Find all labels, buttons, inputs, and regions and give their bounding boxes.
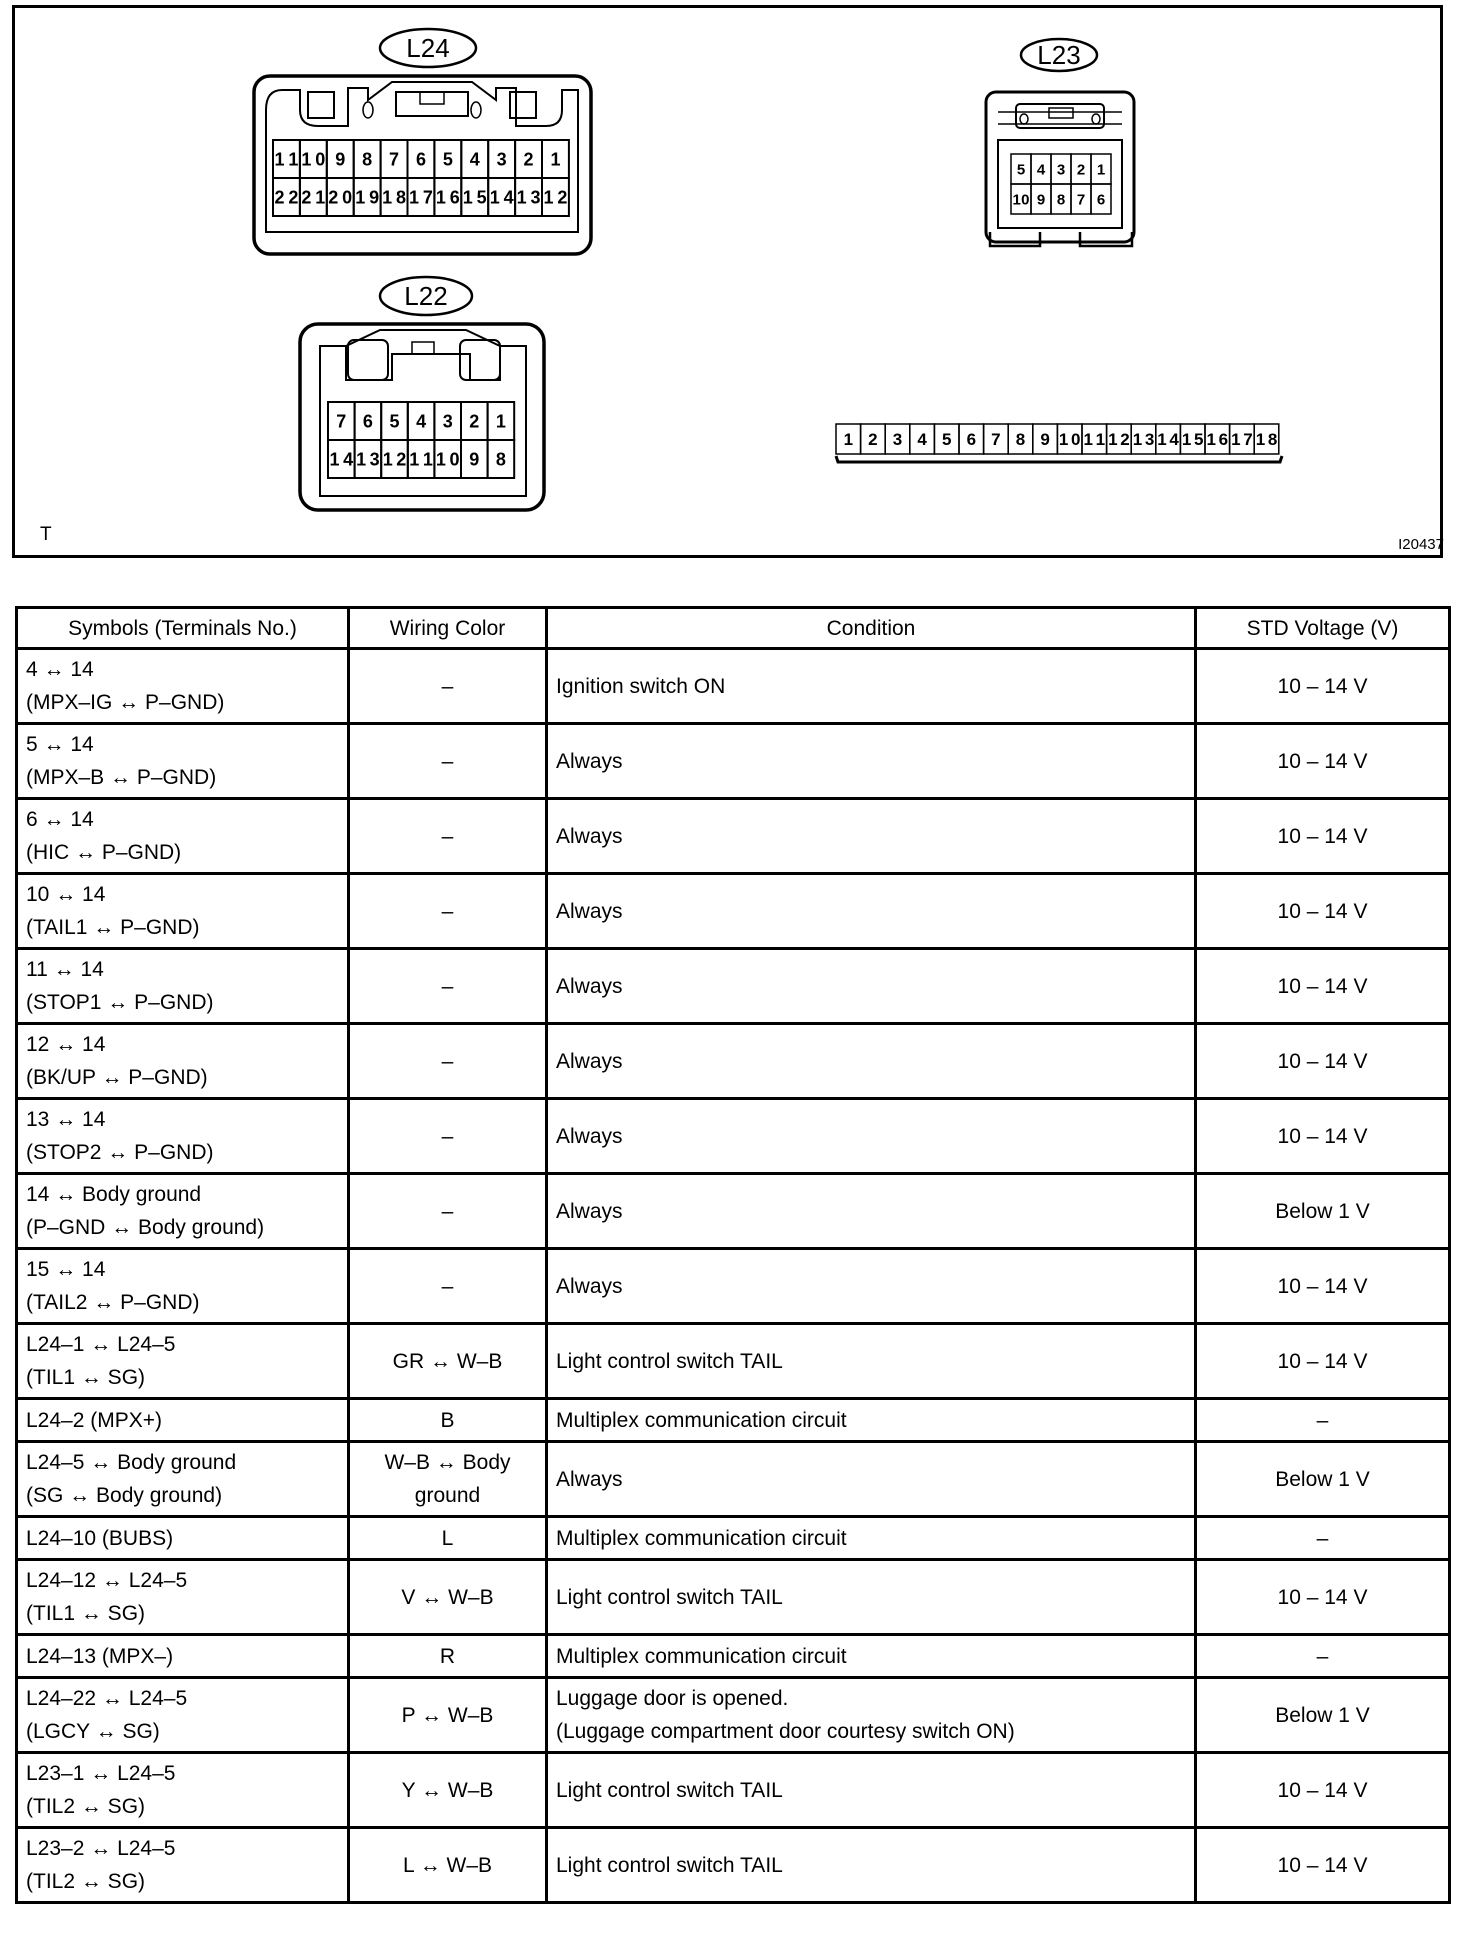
svg-text:L23: L23 bbox=[1037, 40, 1080, 70]
symbol-terminals: 10 ↔ 14 bbox=[26, 878, 339, 911]
table-row: 10 ↔ 14(TAIL1 ↔ P–GND)–Always10 – 14 V bbox=[17, 874, 1450, 949]
table-row: 5 ↔ 14(MPX–B ↔ P–GND)–Always10 – 14 V bbox=[17, 724, 1450, 799]
cell-symbols: L24–12 ↔ L24–5(TIL1 ↔ SG) bbox=[17, 1560, 349, 1635]
cell-condition: Ignition switch ON bbox=[547, 649, 1196, 724]
condition-note: (Luggage compartment door courtesy switc… bbox=[556, 1715, 1186, 1748]
cell-symbols: 14 ↔ Body ground(P–GND ↔ Body ground) bbox=[17, 1174, 349, 1249]
symbol-names: (TIL2 ↔ SG) bbox=[26, 1865, 339, 1898]
cell-symbols: L24–2 (MPX+) bbox=[17, 1399, 349, 1442]
symbol-terminals: L24–5 ↔ Body ground bbox=[26, 1446, 339, 1479]
svg-text:5: 5 bbox=[443, 149, 453, 169]
svg-text:9: 9 bbox=[469, 449, 479, 469]
condition-text: Always bbox=[556, 745, 1186, 778]
svg-text:14: 14 bbox=[490, 187, 514, 207]
svg-text:9: 9 bbox=[1037, 191, 1045, 208]
cell-condition: Multiplex communication circuit bbox=[547, 1517, 1196, 1560]
connector-l22: L22 7654321141312111098 bbox=[300, 277, 544, 510]
svg-text:14: 14 bbox=[1157, 430, 1179, 449]
cell-condition: Always bbox=[547, 1249, 1196, 1324]
cell-wiring-color: Y ↔ W–B bbox=[349, 1753, 547, 1828]
symbol-terminals: 12 ↔ 14 bbox=[26, 1028, 339, 1061]
cell-std-voltage: 10 – 14 V bbox=[1196, 1024, 1450, 1099]
symbol-names: (LGCY ↔ SG) bbox=[26, 1715, 339, 1748]
cell-std-voltage: Below 1 V bbox=[1196, 1174, 1450, 1249]
cell-symbols: 6 ↔ 14(HIC ↔ P–GND) bbox=[17, 799, 349, 874]
svg-text:16: 16 bbox=[1207, 430, 1229, 449]
cell-std-voltage: 10 – 14 V bbox=[1196, 1249, 1450, 1324]
cell-wiring-color: L ↔ W–B bbox=[349, 1828, 547, 1903]
cell-symbols: 12 ↔ 14(BK/UP ↔ P–GND) bbox=[17, 1024, 349, 1099]
cell-std-voltage: 10 – 14 V bbox=[1196, 1753, 1450, 1828]
symbol-names: (STOP2 ↔ P–GND) bbox=[26, 1136, 339, 1169]
cell-condition: Always bbox=[547, 1174, 1196, 1249]
cell-symbols: L23–1 ↔ L24–5(TIL2 ↔ SG) bbox=[17, 1753, 349, 1828]
cell-symbols: 13 ↔ 14(STOP2 ↔ P–GND) bbox=[17, 1099, 349, 1174]
svg-text:1: 1 bbox=[550, 149, 560, 169]
table-row: 13 ↔ 14(STOP2 ↔ P–GND)–Always10 – 14 V bbox=[17, 1099, 1450, 1174]
cell-wiring-color: – bbox=[349, 1099, 547, 1174]
condition-text: Luggage door is opened. bbox=[556, 1682, 1186, 1715]
svg-text:13: 13 bbox=[356, 449, 380, 469]
svg-text:3: 3 bbox=[497, 149, 507, 169]
symbol-terminals: 6 ↔ 14 bbox=[26, 803, 339, 836]
svg-text:13: 13 bbox=[1133, 430, 1155, 449]
cell-condition: Light control switch TAIL bbox=[547, 1828, 1196, 1903]
svg-text:15: 15 bbox=[463, 187, 487, 207]
cell-condition: Always bbox=[547, 1442, 1196, 1517]
cell-wiring-color: – bbox=[349, 724, 547, 799]
cell-wiring-color: P ↔ W–B bbox=[349, 1678, 547, 1753]
svg-text:8: 8 bbox=[1016, 430, 1025, 449]
cell-condition: Luggage door is opened.(Luggage compartm… bbox=[547, 1678, 1196, 1753]
condition-text: Light control switch TAIL bbox=[556, 1849, 1186, 1882]
svg-text:2: 2 bbox=[524, 149, 534, 169]
condition-text: Always bbox=[556, 895, 1186, 928]
voltage-spec-table: Symbols (Terminals No.) Wiring Color Con… bbox=[15, 606, 1451, 1904]
cell-symbols: L24–13 (MPX–) bbox=[17, 1635, 349, 1678]
svg-text:12: 12 bbox=[383, 449, 407, 469]
cell-std-voltage: Below 1 V bbox=[1196, 1678, 1450, 1753]
symbol-terminals: L23–2 ↔ L24–5 bbox=[26, 1832, 339, 1865]
table-row: L24–22 ↔ L24–5(LGCY ↔ SG)P ↔ W–BLuggage … bbox=[17, 1678, 1450, 1753]
cell-symbols: L24–22 ↔ L24–5(LGCY ↔ SG) bbox=[17, 1678, 349, 1753]
header-wiring-color: Wiring Color bbox=[349, 608, 547, 649]
symbol-terminals: L24–10 (BUBS) bbox=[26, 1522, 339, 1555]
symbol-terminals: 5 ↔ 14 bbox=[26, 728, 339, 761]
svg-text:2: 2 bbox=[1077, 161, 1085, 178]
cell-wiring-color: L bbox=[349, 1517, 547, 1560]
svg-text:9: 9 bbox=[335, 149, 345, 169]
condition-text: Always bbox=[556, 1045, 1186, 1078]
symbol-terminals: 14 ↔ Body ground bbox=[26, 1178, 339, 1211]
svg-text:11: 11 bbox=[409, 449, 433, 469]
svg-text:2: 2 bbox=[469, 411, 479, 431]
svg-text:L24: L24 bbox=[406, 33, 449, 63]
table-row: 4 ↔ 14(MPX–IG ↔ P–GND)–Ignition switch O… bbox=[17, 649, 1450, 724]
cell-std-voltage: 10 – 14 V bbox=[1196, 724, 1450, 799]
svg-text:3: 3 bbox=[1057, 161, 1065, 178]
condition-text: Multiplex communication circuit bbox=[556, 1522, 1186, 1555]
svg-text:7: 7 bbox=[991, 430, 1000, 449]
cell-wiring-color: – bbox=[349, 949, 547, 1024]
cell-condition: Always bbox=[547, 724, 1196, 799]
symbol-terminals: L24–12 ↔ L24–5 bbox=[26, 1564, 339, 1597]
svg-text:16: 16 bbox=[436, 187, 460, 207]
svg-text:4: 4 bbox=[470, 149, 480, 169]
condition-text: Light control switch TAIL bbox=[556, 1774, 1186, 1807]
symbol-names: (BK/UP ↔ P–GND) bbox=[26, 1061, 339, 1094]
cell-symbols: L24–5 ↔ Body ground(SG ↔ Body ground) bbox=[17, 1442, 349, 1517]
symbol-terminals: L23–1 ↔ L24–5 bbox=[26, 1757, 339, 1790]
table-row: 15 ↔ 14(TAIL2 ↔ P–GND)–Always10 – 14 V bbox=[17, 1249, 1450, 1324]
condition-text: Always bbox=[556, 1463, 1186, 1496]
connector-l24: L24 11109876543212221201918171615141312 bbox=[254, 29, 591, 254]
cell-condition: Multiplex communication circuit bbox=[547, 1635, 1196, 1678]
table-row: 12 ↔ 14(BK/UP ↔ P–GND)–Always10 – 14 V bbox=[17, 1024, 1450, 1099]
svg-text:8: 8 bbox=[496, 449, 506, 469]
symbol-names: (TIL1 ↔ SG) bbox=[26, 1597, 339, 1630]
condition-text: Multiplex communication circuit bbox=[556, 1404, 1186, 1437]
cell-std-voltage: – bbox=[1196, 1635, 1450, 1678]
svg-text:7: 7 bbox=[336, 411, 346, 431]
svg-text:5: 5 bbox=[1017, 161, 1025, 178]
cell-std-voltage: 10 – 14 V bbox=[1196, 1099, 1450, 1174]
cell-condition: Multiplex communication circuit bbox=[547, 1399, 1196, 1442]
header-std-voltage: STD Voltage (V) bbox=[1196, 608, 1450, 649]
svg-text:7: 7 bbox=[389, 149, 399, 169]
condition-text: Always bbox=[556, 1120, 1186, 1153]
svg-text:1: 1 bbox=[1097, 161, 1105, 178]
cell-std-voltage: 10 – 14 V bbox=[1196, 874, 1450, 949]
cell-std-voltage: 10 – 14 V bbox=[1196, 1560, 1450, 1635]
svg-text:10: 10 bbox=[301, 149, 325, 169]
symbol-terminals: 4 ↔ 14 bbox=[26, 653, 339, 686]
table-row: L24–2 (MPX+)BMultiplex communication cir… bbox=[17, 1399, 1450, 1442]
table-row: L24–1 ↔ L24–5(TIL1 ↔ SG)GR ↔ W–BLight co… bbox=[17, 1324, 1450, 1399]
cell-symbols: L23–2 ↔ L24–5(TIL2 ↔ SG) bbox=[17, 1828, 349, 1903]
condition-text: Always bbox=[556, 1195, 1186, 1228]
symbol-terminals: L24–1 ↔ L24–5 bbox=[26, 1328, 339, 1361]
cell-std-voltage: 10 – 14 V bbox=[1196, 649, 1450, 724]
condition-text: Always bbox=[556, 1270, 1186, 1303]
corner-label: T bbox=[40, 524, 52, 546]
svg-text:6: 6 bbox=[967, 430, 976, 449]
table-row: L24–10 (BUBS)LMultiplex communication ci… bbox=[17, 1517, 1450, 1560]
cell-wiring-color: – bbox=[349, 1024, 547, 1099]
cell-condition: Light control switch TAIL bbox=[547, 1560, 1196, 1635]
symbol-terminals: 11 ↔ 14 bbox=[26, 953, 339, 986]
condition-text: Always bbox=[556, 820, 1186, 853]
svg-text:4: 4 bbox=[1037, 161, 1046, 178]
symbol-names: (MPX–IG ↔ P–GND) bbox=[26, 686, 339, 719]
table-row: L23–2 ↔ L24–5(TIL2 ↔ SG)L ↔ W–BLight con… bbox=[17, 1828, 1450, 1903]
svg-text:4: 4 bbox=[416, 411, 426, 431]
symbol-terminals: 15 ↔ 14 bbox=[26, 1253, 339, 1286]
cell-condition: Light control switch TAIL bbox=[547, 1753, 1196, 1828]
svg-text:18: 18 bbox=[1256, 430, 1278, 449]
table-row: L24–13 (MPX–)RMultiplex communication ci… bbox=[17, 1635, 1450, 1678]
cell-symbols: 5 ↔ 14(MPX–B ↔ P–GND) bbox=[17, 724, 349, 799]
symbol-terminals: L24–2 (MPX+) bbox=[26, 1404, 339, 1437]
table-row: 11 ↔ 14(STOP1 ↔ P–GND)–Always10 – 14 V bbox=[17, 949, 1450, 1024]
cell-wiring-color: – bbox=[349, 874, 547, 949]
svg-text:6: 6 bbox=[363, 411, 373, 431]
svg-text:21: 21 bbox=[301, 187, 325, 207]
cell-wiring-color: W–B ↔ Body ground bbox=[349, 1442, 547, 1517]
svg-text:3: 3 bbox=[893, 430, 902, 449]
condition-text: Always bbox=[556, 970, 1186, 1003]
symbol-terminals: L24–13 (MPX–) bbox=[26, 1640, 339, 1673]
cell-wiring-color: R bbox=[349, 1635, 547, 1678]
cell-condition: Always bbox=[547, 1099, 1196, 1174]
connector-l23: L23 54321109876 bbox=[986, 39, 1134, 246]
svg-text:4: 4 bbox=[917, 430, 927, 449]
cell-std-voltage: Below 1 V bbox=[1196, 1442, 1450, 1517]
cell-symbols: 10 ↔ 14(TAIL1 ↔ P–GND) bbox=[17, 874, 349, 949]
table-row: L24–5 ↔ Body ground(SG ↔ Body ground)W–B… bbox=[17, 1442, 1450, 1517]
cell-wiring-color: – bbox=[349, 649, 547, 724]
symbol-names: (TIL1 ↔ SG) bbox=[26, 1361, 339, 1394]
svg-text:11: 11 bbox=[275, 149, 299, 169]
svg-text:17: 17 bbox=[409, 187, 433, 207]
cell-std-voltage: 10 – 14 V bbox=[1196, 799, 1450, 874]
svg-text:5: 5 bbox=[389, 411, 399, 431]
svg-text:1: 1 bbox=[844, 430, 853, 449]
svg-text:5: 5 bbox=[942, 430, 951, 449]
symbol-names: (P–GND ↔ Body ground) bbox=[26, 1211, 339, 1244]
symbol-names: (MPX–B ↔ P–GND) bbox=[26, 761, 339, 794]
header-condition: Condition bbox=[547, 608, 1196, 649]
svg-text:13: 13 bbox=[517, 187, 541, 207]
svg-text:7: 7 bbox=[1077, 191, 1085, 208]
condition-text: Light control switch TAIL bbox=[556, 1345, 1186, 1378]
cell-std-voltage: 10 – 14 V bbox=[1196, 1828, 1450, 1903]
symbol-names: (TAIL2 ↔ P–GND) bbox=[26, 1286, 339, 1319]
table-row: 14 ↔ Body ground(P–GND ↔ Body ground)–Al… bbox=[17, 1174, 1450, 1249]
cell-std-voltage: 10 – 14 V bbox=[1196, 949, 1450, 1024]
svg-text:10: 10 bbox=[436, 449, 460, 469]
cell-wiring-color: – bbox=[349, 1249, 547, 1324]
svg-text:12: 12 bbox=[1108, 430, 1130, 449]
svg-text:8: 8 bbox=[1057, 191, 1065, 208]
svg-text:19: 19 bbox=[355, 187, 379, 207]
svg-text:18: 18 bbox=[382, 187, 406, 207]
svg-text:10: 10 bbox=[1059, 430, 1081, 449]
svg-text:15: 15 bbox=[1182, 430, 1204, 449]
cell-condition: Always bbox=[547, 799, 1196, 874]
svg-text:20: 20 bbox=[328, 187, 352, 207]
cell-condition: Light control switch TAIL bbox=[547, 1324, 1196, 1399]
svg-text:11: 11 bbox=[1084, 430, 1106, 449]
cell-wiring-color: B bbox=[349, 1399, 547, 1442]
svg-text:22: 22 bbox=[275, 187, 299, 207]
table-row: L24–12 ↔ L24–5(TIL1 ↔ SG)V ↔ W–BLight co… bbox=[17, 1560, 1450, 1635]
figure-id: I20437 bbox=[1398, 536, 1444, 553]
svg-text:17: 17 bbox=[1231, 430, 1253, 449]
cell-symbols: 4 ↔ 14(MPX–IG ↔ P–GND) bbox=[17, 649, 349, 724]
cell-symbols: L24–10 (BUBS) bbox=[17, 1517, 349, 1560]
cell-symbols: 15 ↔ 14(TAIL2 ↔ P–GND) bbox=[17, 1249, 349, 1324]
cell-condition: Always bbox=[547, 949, 1196, 1024]
condition-text: Ignition switch ON bbox=[556, 670, 1186, 703]
svg-text:2: 2 bbox=[868, 430, 877, 449]
cell-std-voltage: – bbox=[1196, 1399, 1450, 1442]
symbol-names: (HIC ↔ P–GND) bbox=[26, 836, 339, 869]
svg-text:9: 9 bbox=[1040, 430, 1049, 449]
cell-condition: Always bbox=[547, 874, 1196, 949]
condition-text: Light control switch TAIL bbox=[556, 1581, 1186, 1614]
symbol-terminals: L24–22 ↔ L24–5 bbox=[26, 1682, 339, 1715]
symbol-names: (TAIL1 ↔ P–GND) bbox=[26, 911, 339, 944]
table-row: 6 ↔ 14(HIC ↔ P–GND)–Always10 – 14 V bbox=[17, 799, 1450, 874]
cell-condition: Always bbox=[547, 1024, 1196, 1099]
symbol-terminals: 13 ↔ 14 bbox=[26, 1103, 339, 1136]
table-header-row: Symbols (Terminals No.) Wiring Color Con… bbox=[17, 608, 1450, 649]
svg-text:L22: L22 bbox=[404, 281, 447, 311]
cell-symbols: L24–1 ↔ L24–5(TIL1 ↔ SG) bbox=[17, 1324, 349, 1399]
cell-wiring-color: GR ↔ W–B bbox=[349, 1324, 547, 1399]
connector-18-pin: 123456789101112131415161718 bbox=[836, 424, 1282, 462]
cell-wiring-color: – bbox=[349, 1174, 547, 1249]
symbol-names: (SG ↔ Body ground) bbox=[26, 1479, 339, 1512]
header-symbols: Symbols (Terminals No.) bbox=[17, 608, 349, 649]
svg-text:12: 12 bbox=[544, 187, 568, 207]
cell-symbols: 11 ↔ 14(STOP1 ↔ P–GND) bbox=[17, 949, 349, 1024]
cell-wiring-color: V ↔ W–B bbox=[349, 1560, 547, 1635]
cell-wiring-color: – bbox=[349, 799, 547, 874]
svg-text:3: 3 bbox=[443, 411, 453, 431]
svg-text:6: 6 bbox=[416, 149, 426, 169]
symbol-names: (STOP1 ↔ P–GND) bbox=[26, 986, 339, 1019]
table-row: L23–1 ↔ L24–5(TIL2 ↔ SG)Y ↔ W–BLight con… bbox=[17, 1753, 1450, 1828]
symbol-names: (TIL2 ↔ SG) bbox=[26, 1790, 339, 1823]
svg-text:8: 8 bbox=[362, 149, 372, 169]
svg-text:1: 1 bbox=[496, 411, 506, 431]
connector-diagram: L24 11109876543212221201918171615141312 … bbox=[0, 0, 1472, 570]
svg-text:6: 6 bbox=[1097, 191, 1105, 208]
cell-std-voltage: 10 – 14 V bbox=[1196, 1324, 1450, 1399]
cell-std-voltage: – bbox=[1196, 1517, 1450, 1560]
svg-text:10: 10 bbox=[1013, 191, 1030, 208]
condition-text: Multiplex communication circuit bbox=[556, 1640, 1186, 1673]
svg-text:14: 14 bbox=[330, 449, 354, 469]
